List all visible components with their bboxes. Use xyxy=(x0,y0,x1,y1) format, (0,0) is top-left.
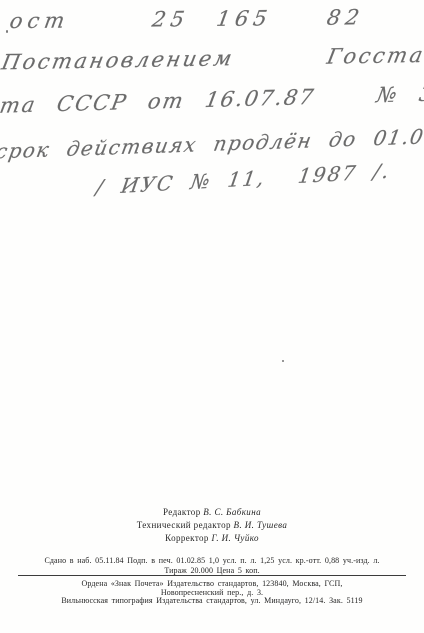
imprint-line-1: Сдано в наб. 05.11.84 Подп. в печ. 01.02… xyxy=(16,556,408,566)
handwriting-line-4: срок действиях продлён до 01.07.92 xyxy=(0,123,424,164)
credit-name: В. И. Тушева xyxy=(234,520,288,530)
handwriting-line-1: ост 25 165 82 П 04 xyxy=(8,3,424,33)
credits-block: Редактор В. С. Бабкина Технический редак… xyxy=(0,506,424,545)
divider-rule xyxy=(18,575,406,576)
scan-speck xyxy=(282,360,284,362)
credit-line-editor: Редактор В. С. Бабкина xyxy=(0,506,424,519)
handwriting-line-5: / ИУС № 11, 1987 /. xyxy=(94,159,392,200)
credit-role: Корректор xyxy=(165,533,211,543)
handwriting-line-2: Постановлением Госстандар. xyxy=(0,42,424,75)
handwriting-line-3: та СССР от 16.07.87 № 3189 xyxy=(0,80,424,118)
imprint-block: Сдано в наб. 05.11.84 Подп. в печ. 01.02… xyxy=(16,556,408,575)
credit-role: Редактор xyxy=(163,507,203,517)
credit-name: В. С. Бабкина xyxy=(203,507,261,517)
printer-line: Вильнюсская типография Издательства стан… xyxy=(8,597,416,606)
scanned-page: ост 25 165 82 П 04 Постановлением Госста… xyxy=(0,0,424,633)
scan-speck xyxy=(6,30,8,33)
credit-name: Г. И. Чуйко xyxy=(211,533,258,543)
imprint-line-2: Тираж 20.000 Цена 5 коп. xyxy=(16,566,408,576)
credit-line-proofreader: Корректор Г. И. Чуйко xyxy=(0,532,424,545)
publisher-block: Ордена «Знак Почета» Издательство станда… xyxy=(8,580,416,606)
credit-line-technical-editor: Технический редактор В. И. Тушева xyxy=(0,519,424,532)
credit-role: Технический редактор xyxy=(137,520,234,530)
